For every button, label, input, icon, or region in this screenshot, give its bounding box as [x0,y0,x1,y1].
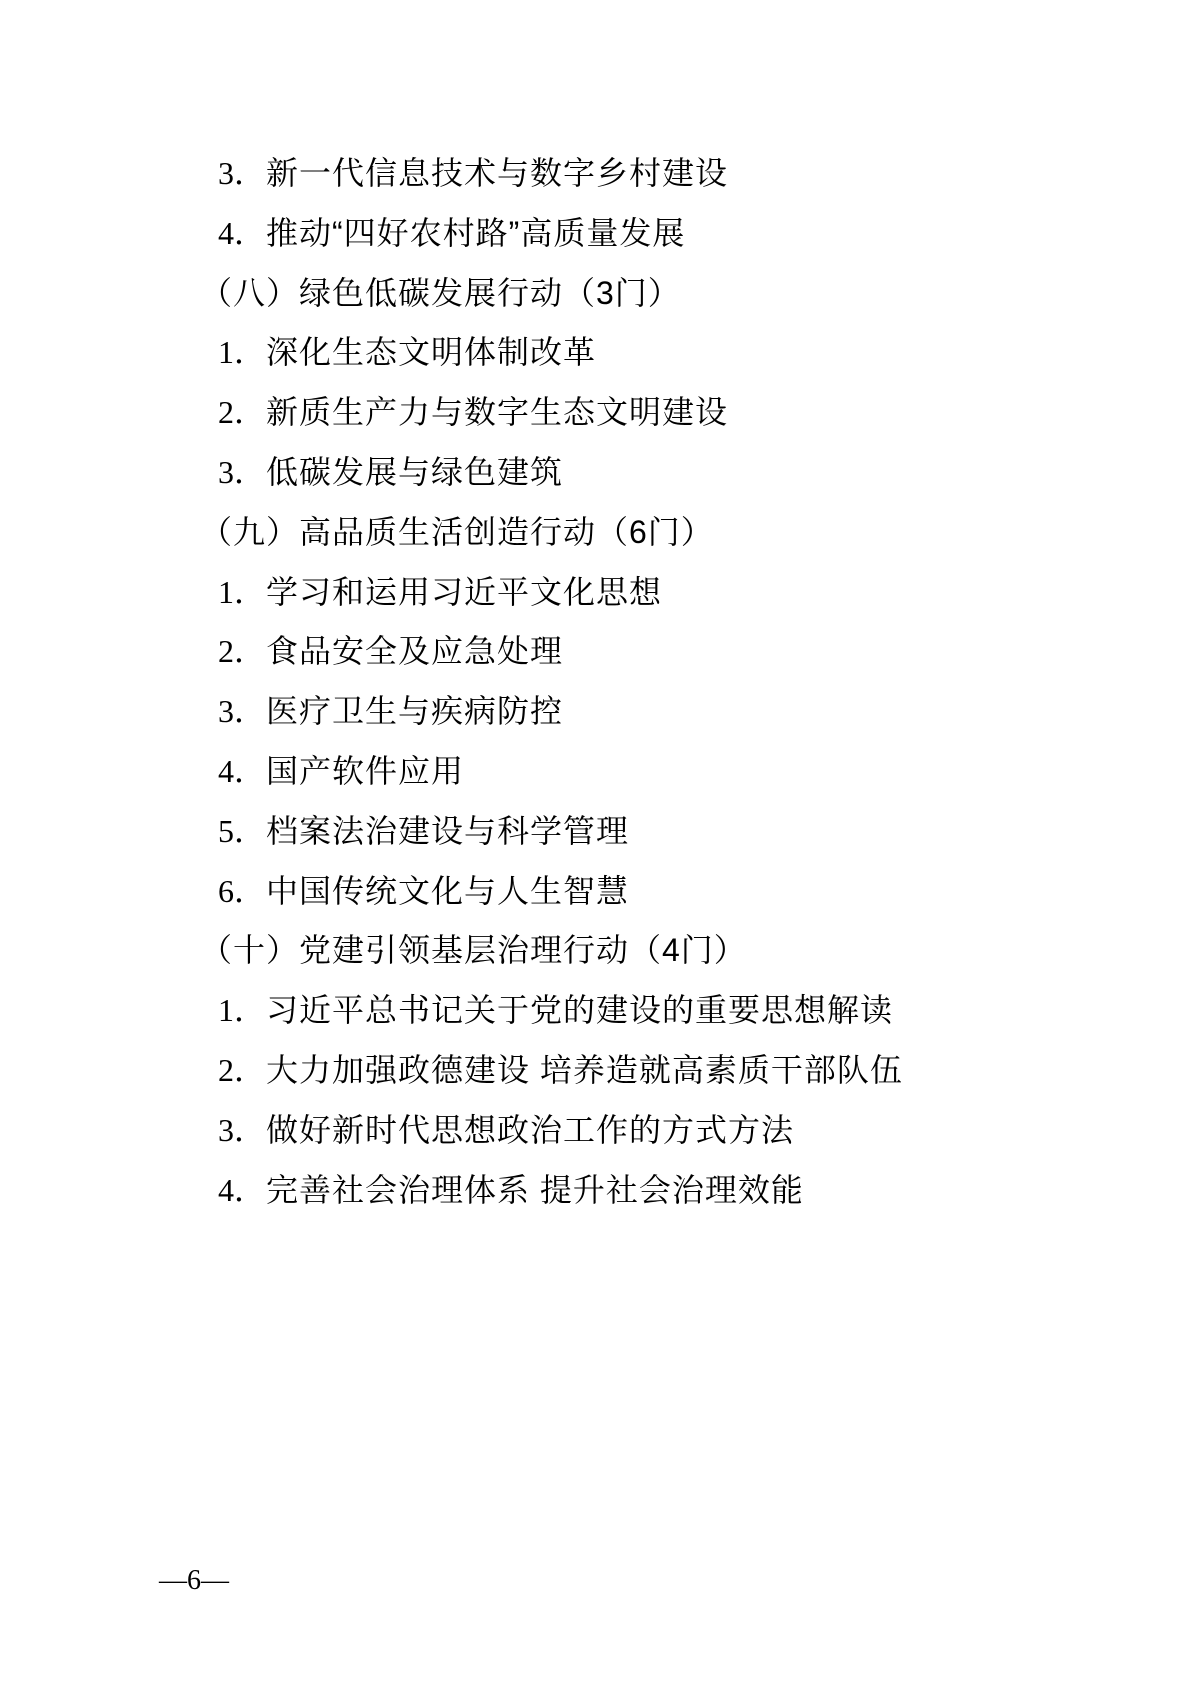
item-text: 国产软件应用 [266,753,464,789]
item-text: 完善社会治理体系 提升社会治理效能 [266,1172,804,1208]
item-text: （九）高品质生活创造行动（6门） [200,514,714,550]
item-text: （八）绿色低碳发展行动（3门） [200,275,681,311]
item-text: 中国传统文化与人生智慧 [266,873,629,909]
item-text: 做好新时代思想政治工作的方式方法 [266,1112,794,1148]
item-text: 医疗卫生与疾病防控 [266,693,563,729]
item-number: 3． [218,454,266,490]
item-number: 2． [218,394,266,430]
page-number: —6— [159,1566,229,1596]
item-text: 新质生产力与数字生态文明建设 [266,394,728,430]
item-text: 习近平总书记关于党的建设的重要思想解读 [266,992,893,1028]
item-text: 低碳发展与绿色建筑 [266,454,563,490]
list-item: 2．新质生产力与数字生态文明建设 [0,383,1191,443]
item-number: 1． [218,992,266,1028]
list-item: 4．国产软件应用 [0,742,1191,802]
item-text: （十）党建引领基层治理行动（4门） [200,932,747,968]
item-number: 6． [218,873,266,909]
list-item: 1．学习和运用习近平文化思想 [0,563,1191,623]
list-item: 2．大力加强政德建设 培养造就高素质干部队伍 [0,1041,1191,1101]
item-number: 2． [218,633,266,669]
list-item: 5．档案法治建设与科学管理 [0,802,1191,862]
list-item: 3．做好新时代思想政治工作的方式方法 [0,1101,1191,1161]
item-text: 新一代信息技术与数字乡村建设 [266,155,728,191]
item-number: 3． [218,155,266,191]
item-text: 推动“四好农村路”高质量发展 [266,215,685,251]
document-page: 3．新一代信息技术与数字乡村建设4．推动“四好农村路”高质量发展（八）绿色低碳发… [0,0,1191,1684]
item-number: 4． [218,1172,266,1208]
list-item: 3．低碳发展与绿色建筑 [0,443,1191,503]
list-item: 3．新一代信息技术与数字乡村建设 [0,144,1191,204]
item-number: 3． [218,693,266,729]
list-item: 2．食品安全及应急处理 [0,622,1191,682]
item-number: 4． [218,215,266,251]
item-text: 档案法治建设与科学管理 [266,813,629,849]
item-number: 5． [218,813,266,849]
list-item: 4．完善社会治理体系 提升社会治理效能 [0,1161,1191,1221]
list-item: 3．医疗卫生与疾病防控 [0,682,1191,742]
item-number: 1． [218,574,266,610]
section-header: （八）绿色低碳发展行动（3门） [0,264,1191,324]
section-header: （十）党建引领基层治理行动（4门） [0,921,1191,981]
item-text: 食品安全及应急处理 [266,633,563,669]
list-item: 1．深化生态文明体制改革 [0,323,1191,383]
item-text: 深化生态文明体制改革 [266,334,596,370]
course-list: 3．新一代信息技术与数字乡村建设4．推动“四好农村路”高质量发展（八）绿色低碳发… [0,144,1191,1220]
item-number: 2． [218,1052,266,1088]
item-number: 3． [218,1112,266,1148]
item-text: 学习和运用习近平文化思想 [266,574,662,610]
section-header: （九）高品质生活创造行动（6门） [0,503,1191,563]
item-number: 1． [218,334,266,370]
list-item: 1．习近平总书记关于党的建设的重要思想解读 [0,981,1191,1041]
list-item: 6．中国传统文化与人生智慧 [0,862,1191,922]
list-item: 4．推动“四好农村路”高质量发展 [0,204,1191,264]
item-text: 大力加强政德建设 培养造就高素质干部队伍 [266,1052,903,1088]
item-number: 4． [218,753,266,789]
